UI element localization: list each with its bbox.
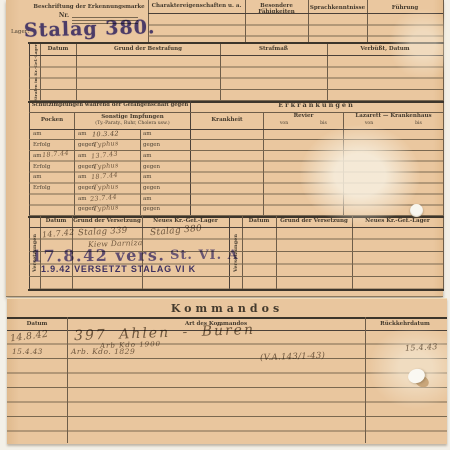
sonstige2-label: gegen xyxy=(143,206,160,212)
lazarett-von-label: von xyxy=(344,121,394,126)
pocken-label: Erfolg xyxy=(33,185,50,191)
sonstige-label: am xyxy=(78,196,87,202)
vers-date-stamp: 17.8.42 vers. xyxy=(31,245,166,265)
pocken-label: am xyxy=(33,153,42,159)
sonstige2-label: gegen xyxy=(143,142,160,148)
versetz-left-header-neues: Neues Kr.-Gef.-Lager xyxy=(142,218,229,224)
lazarett-bis-label: bis xyxy=(394,121,443,126)
kommandos-header-rueckkehr: Rückkehrdatum xyxy=(365,321,445,327)
versetzt-stalag-vik-stamp: 1.9.42 VERSETZT STALAG VI K xyxy=(41,264,196,274)
sonstige-col-header: Sonstige Impfungen xyxy=(75,114,190,120)
strafen-header-verbuesst: Verbüßt, Datum xyxy=(327,46,443,52)
pocken-col-header: Pocken xyxy=(30,117,74,123)
scanned-pow-card: Beschriftung der Erkennungsmarke Nr. Lag… xyxy=(0,0,450,450)
traits-header-charakter: Charaktereigenschaften u. a. xyxy=(150,3,243,9)
versetz-left-header-grund: Grund der Versetzung xyxy=(72,218,142,224)
strafen-header-datum: Datum xyxy=(40,46,76,52)
versetz-left-header-datum: Datum xyxy=(40,218,72,224)
versetz-right-header-grund: Grund der Versetzung xyxy=(276,218,352,224)
erkrankungen-title: Erkrankungen xyxy=(190,102,443,109)
pocken-label: Erfolg xyxy=(33,164,50,170)
revier-col-header: Revier xyxy=(264,113,343,119)
kommando-name-hw: Arb. Kdo. 1829 xyxy=(71,347,135,356)
pocken-label: am xyxy=(33,174,42,180)
strafen-header-grund: Grund der Bestrafung xyxy=(76,46,220,52)
versetz-right-header-datum: Datum xyxy=(242,218,276,224)
sonstige2-label: am xyxy=(143,153,152,159)
sonstige2-label: gegen xyxy=(143,185,160,191)
sonstige-label: am xyxy=(78,174,87,180)
versetz-right-header-neues: Neues Kr.-Gef.-Lager xyxy=(352,218,443,224)
return-date-hw: 15.4.43 xyxy=(405,342,438,353)
krankheit-col-header: Krankheit xyxy=(191,117,263,123)
sonstige2-label: gegen xyxy=(143,164,160,170)
stalag-380-stamp: Stalag 380. xyxy=(24,16,153,41)
stalag-via-stamp: St. VI. A xyxy=(170,248,239,263)
lazarett-col-header: Lazarett — Krankenhaus xyxy=(344,113,443,119)
sonstige-label: am xyxy=(78,131,87,137)
sonstige-label: am xyxy=(78,153,87,159)
strafen-side-label: Strafen im Kr.-Gef.-Lager xyxy=(29,44,41,101)
hole-punch xyxy=(410,204,423,217)
impf-against-hw: Typhus xyxy=(93,182,119,191)
kommandos-header-datum: Datum xyxy=(7,321,67,327)
id-tag-title: Beschriftung der Erkennungsmarke xyxy=(28,4,150,10)
sonstige2-label: am xyxy=(143,131,152,137)
strafen-header-strafmass: Strafmaß xyxy=(220,46,327,52)
kommandos-title: Kommandos xyxy=(7,303,447,316)
impf-date-hw: 10.3.42 xyxy=(92,130,119,139)
sonstige2-label: am xyxy=(143,174,152,180)
sonstige2-label: am xyxy=(143,196,152,202)
traits-header-sprachen: Sprachkenntnisse xyxy=(309,5,366,11)
revier-von-label: von xyxy=(264,121,304,126)
impfungen-title: Schutzimpfungen während der Gefangenscha… xyxy=(30,103,190,109)
kommando-date-hw: 15.4.43 xyxy=(12,347,43,356)
pocken-label: am xyxy=(33,131,42,137)
pocken-label: Erfolg xyxy=(33,142,50,148)
revier-bis-label: bis xyxy=(304,121,343,126)
sonstige-col-subheader: (Ty.-Paraty., Ruhr, Cholera usw.) xyxy=(75,121,190,126)
traits-header-fuehrung: Führung xyxy=(368,5,442,11)
traits-header-faehigkeiten: Besondere Fähigkeiten xyxy=(246,3,307,16)
